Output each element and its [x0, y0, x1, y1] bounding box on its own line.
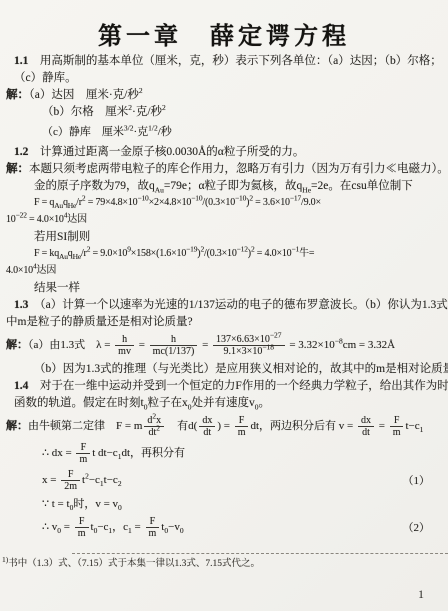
equation-line: ∵ t = t0时，v = v0 — [6, 496, 442, 512]
solution-1-2: 解：本题只须考虑两带电粒子的库仑作用力，忽略万有引力（因为万有引力≪电磁力）。 — [6, 161, 442, 177]
solution-1-1-b: （b）尔格 厘米2·克/秒2 — [6, 104, 442, 120]
footnote-text: 1)书中（1.3）式、（7.15）式于本集一律以1.3式、7.15式代之。 — [2, 558, 448, 570]
scanned-textbook-page: 第一章 薛定谔方程 1.1 用高斯制的基本单位（厘米，克，秒）表示下列各单位：（… — [0, 0, 448, 611]
footnote-separator — [72, 553, 448, 554]
chapter-title: 第一章 薛定谔方程 — [6, 16, 442, 51]
problem-1-3: 1.3 （a）计算一个以速率为光速的1/137运动的电子的德布罗意波长。（b）你… — [6, 297, 442, 313]
equation-line: F = kqAuqHe/r2 = 9.0×109×158×(1.6×10−19)… — [6, 246, 442, 262]
problem-1-3-cont: 中m是粒子的静质量还是相对论质量? — [6, 314, 442, 330]
equation-line: F = qAuqHe/r2 = 79×4.8×10−10×2×4.8×10−10… — [6, 195, 442, 211]
equation-number: （1） — [403, 473, 443, 489]
solution-1-2-cont: 金的原子序数为79，故qAu=79e；α粒子即为氦核，故qHe=2e。在csu单… — [6, 178, 442, 194]
solution-1-2-si: 若用SI制则 — [6, 229, 442, 245]
solution-1-1-c: （c）静库 厘米3/2·克1/2/秒 — [6, 124, 442, 140]
problem-1-4: 1.4 对于在一维中运动并受到一个恒定的力F作用的一个经典力学粒子，给出其作为时… — [6, 378, 442, 394]
solution-1-4: 解：由牛顿第二定律 F = md2xdt2 有d(dxdt) = Fmdt，两边… — [6, 415, 442, 438]
equation-line: x = F2mt2−c1t−c2（1） — [6, 469, 442, 492]
problem-1-1-cont: （c）静库。 — [6, 70, 442, 86]
problem-1-4-cont: 函数的轨道。假定在时刻t0粒子在x0处并有速度v0。 — [6, 395, 442, 411]
solution-1-2-result: 结果一样 — [6, 280, 442, 296]
solution-1-3-b: （b）因为1.3式的推理（与光类比）是应用狭义相对论的，故其中的m是相对论质量。 — [6, 361, 442, 377]
equation-line: 10−22 = 4.0×104达因 — [6, 212, 442, 228]
equation-number: （2） — [403, 520, 443, 536]
equation-line: 4.0×104达因 — [6, 263, 442, 279]
document-body: 1.1 用高斯制的基本单位（厘米，克，秒）表示下列各单位：（a）达因；（b）尔格… — [6, 52, 442, 543]
solution-1-1-a: 解：（a）达因 厘米·克/秒2 — [6, 87, 442, 103]
solution-1-3-a: 解：（a）由1.3式 λ = hmv = hmc(1/137) = 137×6.… — [6, 334, 442, 357]
equation-line: ∴ dx = Fmt dt−c1dt，再积分有 — [6, 442, 442, 465]
equation-line: ∴ v0 = Fmt0−c1，c1 = Fmt0−v0（2） — [6, 516, 442, 539]
problem-1-1: 1.1 用高斯制的基本单位（厘米，克，秒）表示下列各单位：（a）达因；（b）尔格… — [6, 53, 442, 69]
page-number: 1 — [418, 587, 424, 602]
problem-1-2: 1.2 计算通过距离一金原子核0.0030Å的α粒子所受的力。 — [6, 144, 442, 160]
footnote-block: 1)书中（1.3）式、（7.15）式于本集一律以1.3式、7.15式代之。 — [2, 553, 448, 570]
